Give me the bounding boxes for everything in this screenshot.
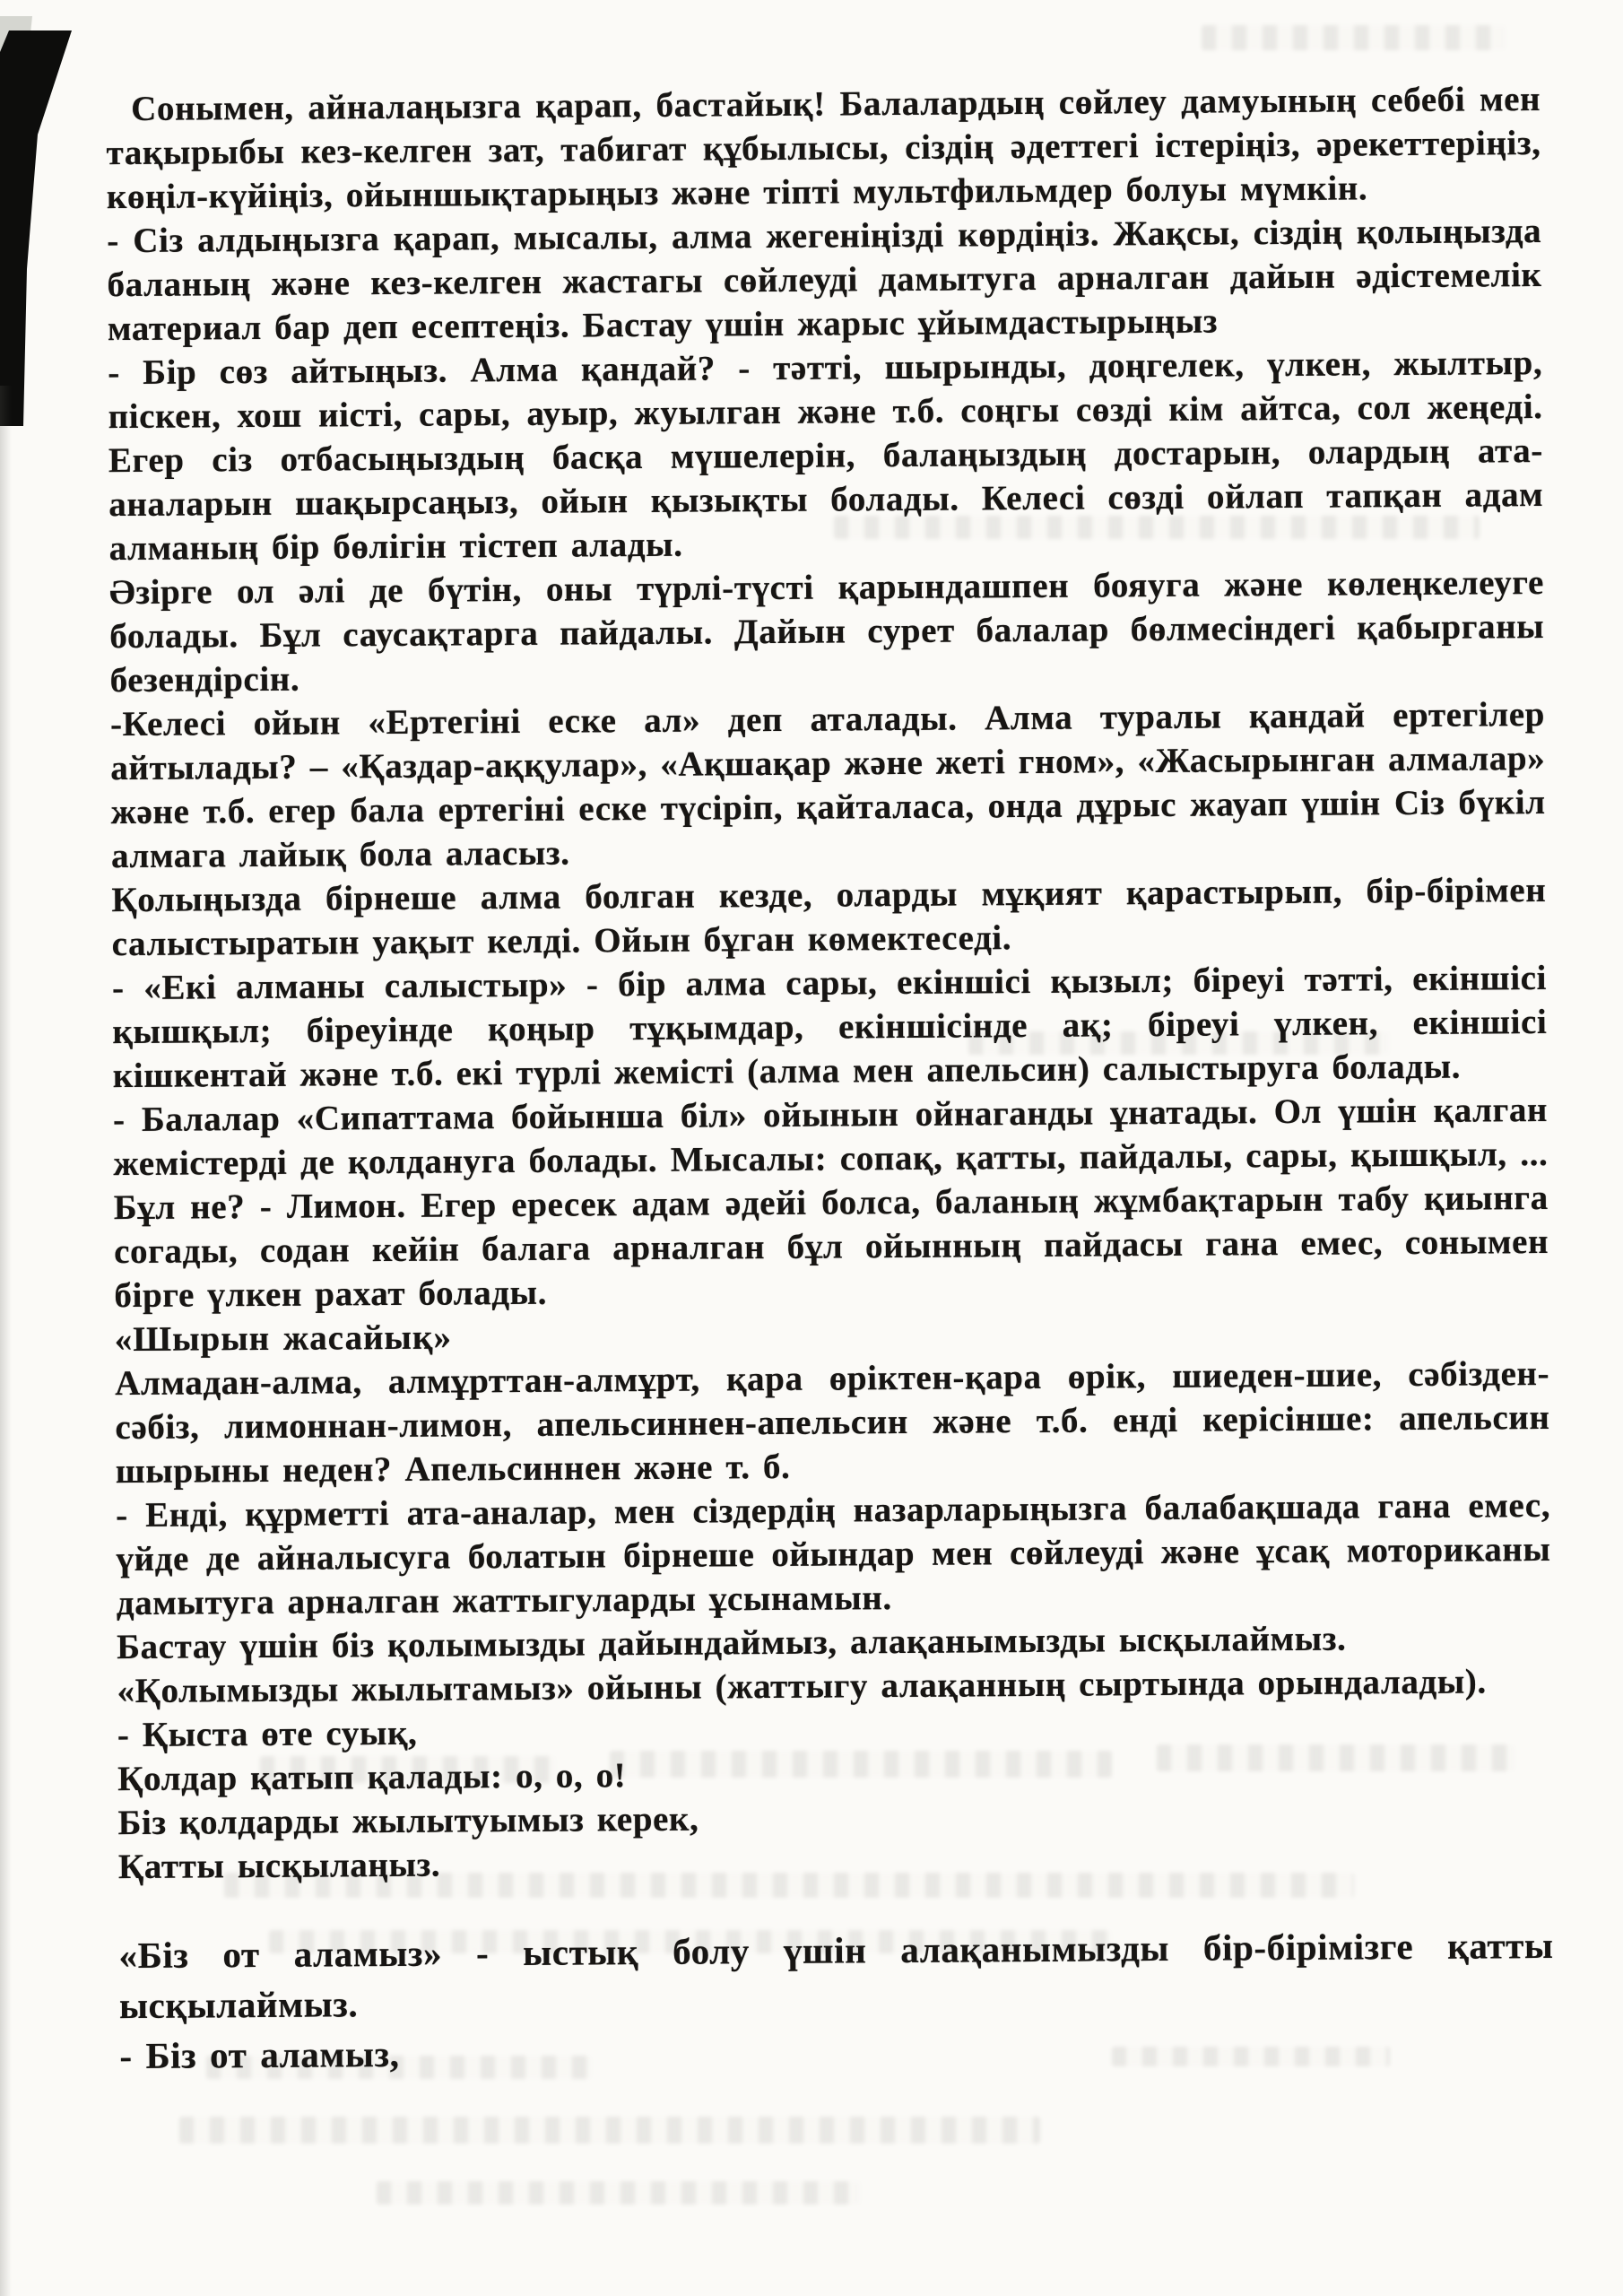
paragraph-juice-examples: Алмадан-алма, алмұрттан-алмұрт, қара өрі… — [115, 1352, 1550, 1493]
paragraph-parents-address: - Енді, құрметті ата-аналар, мен сіздерд… — [116, 1483, 1551, 1625]
paragraph-guess-by-description: - Балалар «Сипаттама бойынша біл» ойынын… — [113, 1088, 1549, 1318]
paragraph-coloring-apple: Әзірге ол әлі де бүтін, оны түрлі-түсті … — [109, 561, 1545, 702]
scanned-page: Сонымен, айналаңызга қарап, бастайық! Ба… — [0, 0, 1623, 2296]
paragraph-compare-apples: - «Екі алманы салыстыр» - бір алма сары,… — [112, 956, 1548, 1098]
paragraph-intro: Сонымен, айналаңызга қарап, бастайық! Ба… — [106, 77, 1541, 219]
document-text-block: Сонымен, айналаңызга қарап, бастайық! Ба… — [106, 77, 1554, 2081]
bleed-through-smudge — [179, 2117, 1040, 2144]
bleed-through-smudge — [1202, 25, 1506, 50]
folded-corner-artifact — [0, 0, 117, 426]
line-we-get-fire: - Біз от аламыз, — [119, 2021, 1554, 2081]
paragraph-we-get-fire: «Біз от аламыз» - ыстық болу үшін алақан… — [118, 1920, 1554, 2031]
bleed-through-smudge — [377, 2181, 861, 2205]
poem-line-4: Қатты ысқылаңыз. — [118, 1835, 1553, 1889]
paragraph-look-around: - Сіз алдыңызга қарап, мысалы, алма жеге… — [107, 209, 1542, 351]
paragraph-compare-intro: Қолыңызда бірнеше алма болган кезде, ола… — [111, 868, 1547, 966]
paragraph-fairytale-game: -Келесі ойын «Ертегіні еске ал» деп атал… — [110, 692, 1546, 878]
left-edge-shadow — [0, 386, 12, 2296]
paragraph-say-a-word-game: - Бір сөз айтыңыз. Алма қандай? - тәтті,… — [108, 341, 1544, 570]
